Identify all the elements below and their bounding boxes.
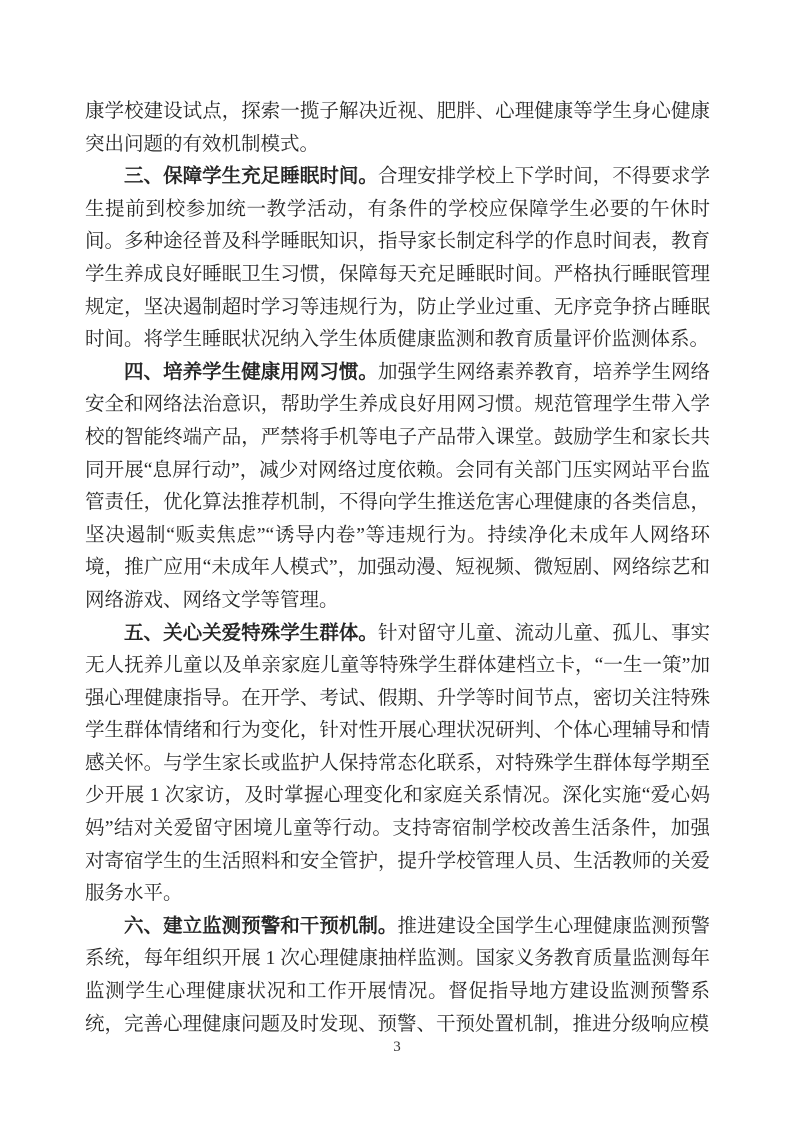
paragraph-text: 康学校建设试点，探索一揽子解决近视、肥胖、心理健康等学生身心健康突出问题的有效机… bbox=[85, 101, 710, 155]
section-5-heading: 五、关心关爱特殊学生群体。 bbox=[124, 623, 378, 644]
paragraph-text: 合理安排学校上下学时间，不得要求学生提前到校参加统一教学活动，有条件的学校应保障… bbox=[85, 166, 710, 350]
paragraph-section-5: 五、关心关爱特殊学生群体。针对留守儿童、流动儿童、孤儿、事实无人抚养儿童以及单亲… bbox=[85, 618, 710, 911]
paragraph-text: 针对留守儿童、流动儿童、孤儿、事实无人抚养儿童以及单亲家庭儿童等特殊学生群体建档… bbox=[85, 623, 710, 905]
document-page: 康学校建设试点，探索一揽子解决近视、肥胖、心理健康等学生身心健康突出问题的有效机… bbox=[0, 0, 794, 1122]
paragraph-section-4: 四、培养学生健康用网习惯。加强学生网络素养教育，培养学生网络安全和网络法治意识，… bbox=[85, 357, 710, 618]
paragraph-text: 加强学生网络素养教育，培养学生网络安全和网络法治意识，帮助学生养成良好用网习惯。… bbox=[85, 362, 710, 611]
document-content: 康学校建设试点，探索一揽子解决近视、肥胖、心理健康等学生身心健康突出问题的有效机… bbox=[85, 96, 710, 1041]
section-4-heading: 四、培养学生健康用网习惯。 bbox=[124, 362, 378, 383]
section-3-heading: 三、保障学生充足睡眠时间。 bbox=[124, 166, 378, 187]
paragraph-section-6: 六、建立监测预警和干预机制。推进建设全国学生心理健康监测预警系统，每年组织开展 … bbox=[85, 911, 710, 1041]
paragraph-section-3: 三、保障学生充足睡眠时间。合理安排学校上下学时间，不得要求学生提前到校参加统一教… bbox=[85, 161, 710, 357]
page-number: 3 bbox=[0, 1038, 794, 1056]
section-6-heading: 六、建立监测预警和干预机制。 bbox=[124, 916, 397, 937]
paragraph-continuation: 康学校建设试点，探索一揽子解决近视、肥胖、心理健康等学生身心健康突出问题的有效机… bbox=[85, 96, 710, 161]
